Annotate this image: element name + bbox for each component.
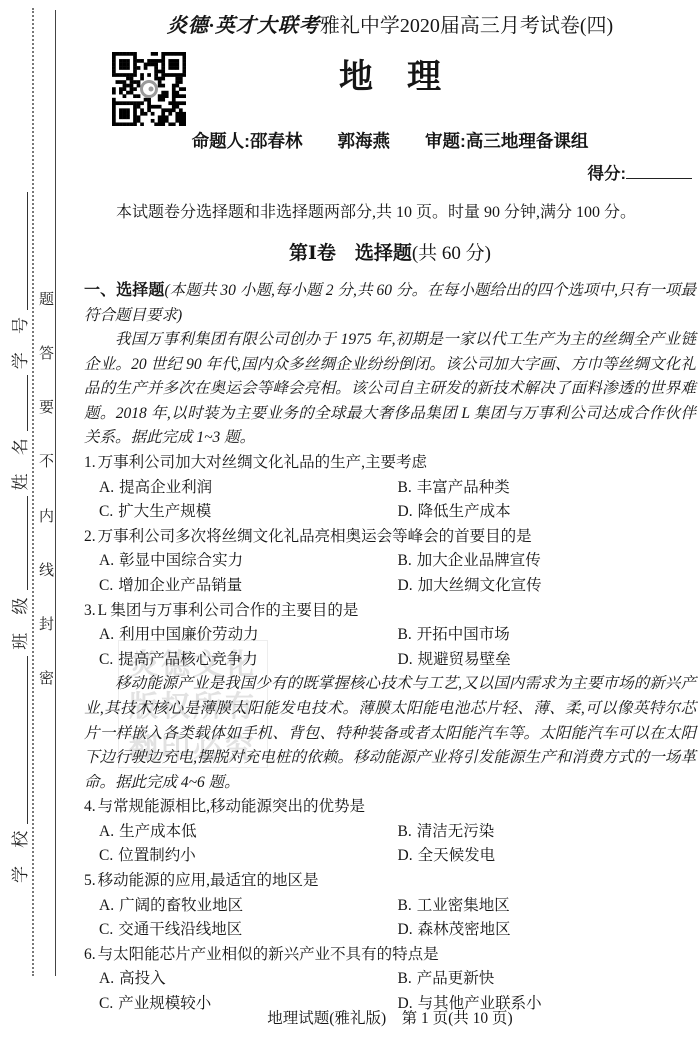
score-label: 得分: xyxy=(588,165,627,183)
seal-dotted-line xyxy=(32,8,34,976)
option-a: A.广阔的畜牧业地区 xyxy=(99,894,398,919)
option-a: A.彰显中国综合实力 xyxy=(99,549,398,574)
option-b: B.丰富产品种类 xyxy=(398,476,697,501)
question-2: 2.万事利公司多次将丝绸文化礼品亮相奥运会等峰会的首要目的是 A.彰显中国综合实… xyxy=(84,525,696,599)
passage-2: 移动能源产业是我国少有的既掌握核心技术与工艺,又以国内需求为主要市场的新兴产业,… xyxy=(84,672,696,795)
option-d: D.全天候发电 xyxy=(398,844,697,869)
choice-instruction: 一、选择题(本题共 30 小题,每小题 2 分,共 60 分。在每小题给出的四个… xyxy=(84,279,696,328)
question-5: 5.移动能源的应用,最适宜的地区是 A.广阔的畜牧业地区 B.工业密集地区 C.… xyxy=(84,869,696,943)
name-blank-line xyxy=(13,375,28,431)
class-label: 班 级 xyxy=(6,591,31,650)
student-number-blank-line xyxy=(13,192,28,310)
option-d: D.森林茂密地区 xyxy=(398,918,697,943)
seal-line-text: 题 答 要 不 内 线 封 密 xyxy=(38,288,55,688)
option-d: D.加大丝绸文化宣传 xyxy=(398,574,697,599)
option-d: D.降低生产成本 xyxy=(398,500,697,525)
score-blank-line xyxy=(626,163,692,179)
option-c: C.交通干线沿线地区 xyxy=(99,918,398,943)
question-options: A.彰显中国综合实力 B.加大企业品牌宣传 C.增加企业产品销量 D.加大丝绸文… xyxy=(84,549,696,598)
question-options: A.生产成本低 B.清洁无污染 C.位置制约小 D.全天候发电 xyxy=(84,820,696,869)
option-c: C.提高产品核心竞争力 xyxy=(99,648,398,673)
option-a: A.生产成本低 xyxy=(99,820,398,845)
exam-title: 雅礼中学2020届高三月考试卷(四) xyxy=(320,15,613,37)
exam-header-title: 炎德·英才大联考雅礼中学2020届高三月考试卷(四) xyxy=(84,12,696,40)
exam-paper-page: 学 校 班 级 姓 名 学 号 题 答 要 不 内 线 封 密 炎德文化 版权所… xyxy=(0,0,700,1049)
option-b: B.开拓中国市场 xyxy=(398,623,697,648)
question-3: 3.L 集团与万事利公司合作的主要目的是 A.利用中国廉价劳动力 B.开拓中国市… xyxy=(84,599,696,673)
page-footer: 地理试题(雅礼版) 第 1 页(共 10 页) xyxy=(84,1006,696,1028)
passage-1: 我国万事利集团有限公司创办于 1975 年,初期是一家以代工生产为主的丝绸全产业… xyxy=(84,328,696,451)
question-stem: 2.万事利公司多次将丝绸文化礼品亮相奥运会等峰会的首要目的是 xyxy=(84,525,696,550)
option-b: B.加大企业品牌宣传 xyxy=(398,549,697,574)
option-c: C.扩大生产规模 xyxy=(99,500,398,525)
question-4: 4.与常规能源相比,移动能源突出的优势是 A.生产成本低 B.清洁无污染 C.位… xyxy=(84,795,696,869)
student-number-label: 学 号 xyxy=(6,310,31,369)
name-label: 姓 名 xyxy=(6,431,31,490)
qr-code xyxy=(112,52,186,126)
school-field: 学 校 xyxy=(6,650,31,883)
question-stem: 5.移动能源的应用,最适宜的地区是 xyxy=(84,869,696,894)
option-b: B.产品更新快 xyxy=(398,967,697,992)
name-field: 姓 名 xyxy=(6,369,31,490)
exam-brand: 炎德·英才大联考 xyxy=(167,15,320,37)
option-c: C.增加企业产品销量 xyxy=(99,574,398,599)
option-b: B.清洁无污染 xyxy=(398,820,697,845)
question-1: 1.万事利公司加大对丝绸文化礼品的生产,主要考虑 A.提高企业利润 B.丰富产品… xyxy=(84,451,696,525)
score-line: 得分: xyxy=(84,160,696,184)
option-a: A.高投入 xyxy=(99,967,398,992)
option-a: A.提高企业利润 xyxy=(99,476,398,501)
section-title: 第Ⅰ卷 选择题(共 60 分) xyxy=(84,239,696,269)
seal-solid-line xyxy=(55,10,56,976)
question-stem: 6.与太阳能芯片产业相似的新兴产业不具有的特点是 xyxy=(84,943,696,968)
class-field: 班 级 xyxy=(6,491,31,650)
setters-line: 命题人:邵春林 郭海燕 审题:高三地理备课组 xyxy=(84,130,696,152)
paper-intro: 本试题卷分选择题和非选择题两部分,共 10 页。时量 90 分钟,满分 100 … xyxy=(84,200,696,225)
question-options: A.提高企业利润 B.丰富产品种类 C.扩大生产规模 D.降低生产成本 xyxy=(84,476,696,525)
school-blank-line xyxy=(13,656,28,824)
option-b: B.工业密集地区 xyxy=(398,894,697,919)
option-c: C.位置制约小 xyxy=(99,844,398,869)
question-stem: 4.与常规能源相比,移动能源突出的优势是 xyxy=(84,795,696,820)
student-info-fields: 学 校 班 级 姓 名 学 号 xyxy=(0,0,36,1049)
question-options: A.利用中国廉价劳动力 B.开拓中国市场 C.提高产品核心竞争力 D.规避贸易壁… xyxy=(84,623,696,672)
main-content: 炎德·英才大联考雅礼中学2020届高三月考试卷(四) 地 理 命题人:邵春林 郭… xyxy=(84,12,696,1017)
question-stem: 3.L 集团与万事利公司合作的主要目的是 xyxy=(84,599,696,624)
option-d: D.规避贸易壁垒 xyxy=(398,648,697,673)
question-stem: 1.万事利公司加大对丝绸文化礼品的生产,主要考虑 xyxy=(84,451,696,476)
option-a: A.利用中国廉价劳动力 xyxy=(99,623,398,648)
class-blank-line xyxy=(13,497,28,591)
question-options: A.广阔的畜牧业地区 B.工业密集地区 C.交通干线沿线地区 D.森林茂密地区 xyxy=(84,894,696,943)
school-label: 学 校 xyxy=(6,824,31,883)
student-number-field: 学 号 xyxy=(6,186,31,369)
